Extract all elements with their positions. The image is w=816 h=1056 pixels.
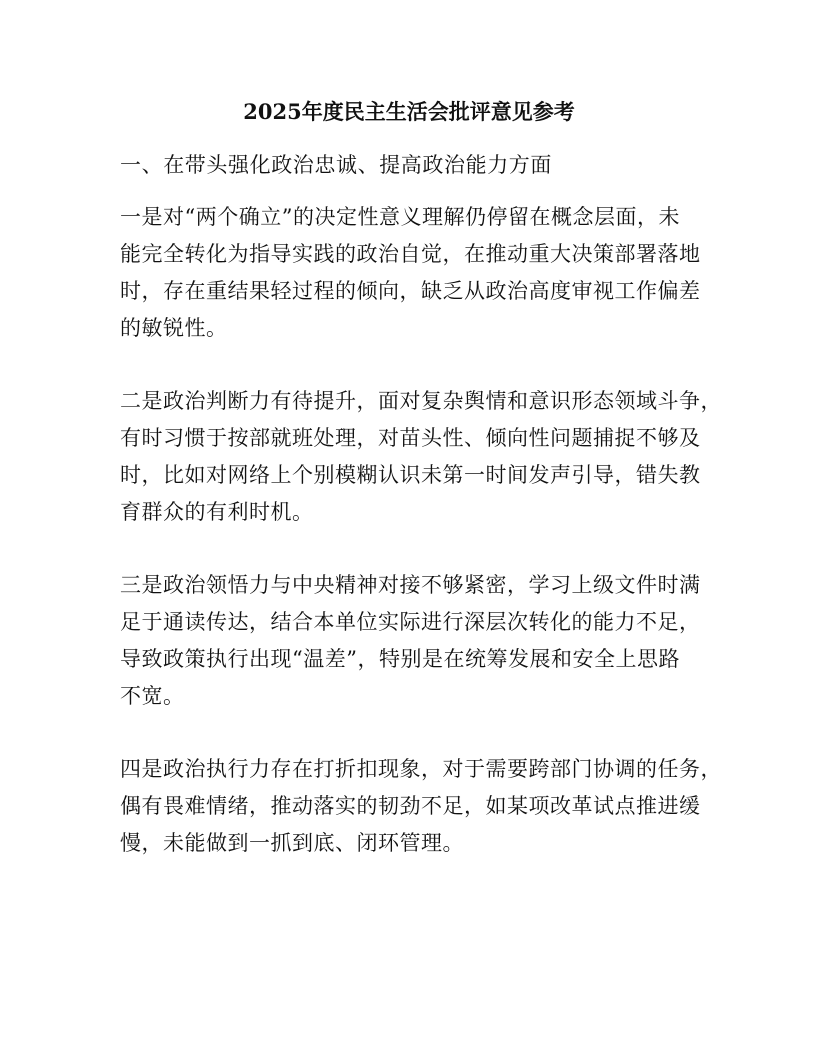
paragraph-line: 育群众的有利时机。 (120, 494, 698, 531)
paragraph-line: 时，存在重结果轻过程的倾向，缺乏从政治高度审视工作偏差 (120, 273, 698, 310)
paragraph-line: 的敏锐性。 (120, 310, 698, 347)
paragraph-line: 二是政治判断力有待提升，面对复杂舆情和意识形态领域斗争， (120, 383, 698, 420)
document-title: 2025年度民主生活会批评意见参考 (120, 96, 698, 128)
paragraph-line: 一是对“两个确立”的决定性意义理解仍停留在概念层面，未 (120, 199, 698, 236)
paragraph-line: 四是政治执行力存在打折扣现象，对于需要跨部门协调的任务， (120, 751, 698, 788)
paragraph-line: 偶有畏难情绪，推动落实的韧劲不足，如某项改革试点推进缓 (120, 788, 698, 825)
paragraph-line: 能完全转化为指导实践的政治自觉，在推动重大决策部署落地 (120, 236, 698, 273)
paragraph-line: 足于通读传达，结合本单位实际进行深层次转化的能力不足， (120, 604, 698, 641)
paragraph-line: 慢，未能做到一抓到底、闭环管理。 (120, 825, 698, 862)
paragraph-line: 导致政策执行出现“温差”，特别是在统筹发展和安全上思路 (120, 641, 698, 678)
paragraph-line: 有时习惯于按部就班处理，对苗头性、倾向性问题捕捉不够及 (120, 420, 698, 457)
paragraph-3: 三是政治领悟力与中央精神对接不够紧密，学习上级文件时满 足于通读传达，结合本单位… (120, 567, 698, 715)
paragraph-1: 一是对“两个确立”的决定性意义理解仍停留在概念层面，未 能完全转化为指导实践的政… (120, 199, 698, 347)
paragraph-line: 时，比如对网络上个别模糊认识未第一时间发声引导，错失教 (120, 457, 698, 494)
paragraph-line: 三是政治领悟力与中央精神对接不够紧密，学习上级文件时满 (120, 567, 698, 604)
paragraph-4: 四是政治执行力存在打折扣现象，对于需要跨部门协调的任务， 偶有畏难情绪，推动落实… (120, 751, 698, 862)
paragraph-line: 不宽。 (120, 678, 698, 715)
section-heading: 一、在带头强化政治忠诚、提高政治能力方面 (120, 149, 552, 181)
paragraph-2: 二是政治判断力有待提升，面对复杂舆情和意识形态领域斗争， 有时习惯于按部就班处理… (120, 383, 698, 531)
